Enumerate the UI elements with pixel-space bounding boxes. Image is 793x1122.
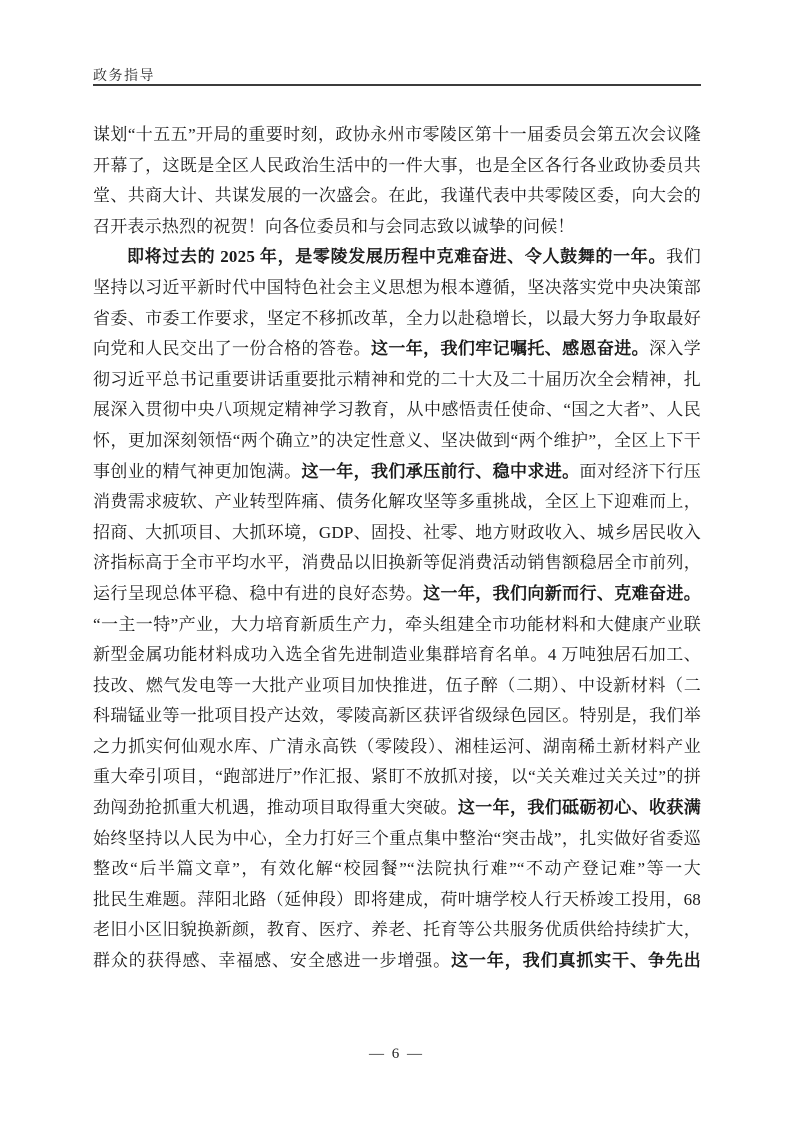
text-line: 技改、燃气发电等一大批产业项目加快推进，伍子醉（二期）、中设新材料（二期）、 xyxy=(93,671,701,702)
text-segment: 群众的获得感、幸福感、安全感进一步增强。 xyxy=(93,951,451,970)
text-line: 运行呈现总体平稳、稳中有进的良好态势。这一年，我们向新而行、克难奋进。锚定 xyxy=(93,579,701,610)
text-line: 向党和人民交出了一份合格的答卷。这一年，我们牢记嘱托、感恩奋进。深入学习贯 xyxy=(93,334,701,365)
text-segment: 重大牵引项目，“跑部进厅”作汇报、紧盯不放抓对接，以“关关难过关关过”的拼 xyxy=(93,767,701,786)
text-line: 展深入贯彻中央八项规定精神学习教育，从中感悟责任使命、“国之大者”、人民情 xyxy=(93,395,701,426)
text-line: 省委、市委工作要求，坚定不移抓改革，全力以赴稳增长，以最大努力争取最好结果， xyxy=(93,304,701,335)
text-segment: 之力抓实何仙观水库、广清永高铁（零陵段）、湘桂运河、湖南稀土新材料产业园等 xyxy=(93,737,701,763)
text-segment: 彻习近平总书记重要讲话重要批示精神和党的二十大及二十届历次全会精神，扎实开 xyxy=(93,370,701,396)
text-segment: 消费需求疲软、产业转型阵痛、债务化解攻坚等多重挑战，全区上下迎难而上，大抓 xyxy=(93,492,701,518)
text-segment-bold: 这一年，我们向新而行、克难奋进。 xyxy=(423,584,701,603)
text-segment: 事创业的精气神更加饱满。 xyxy=(93,462,302,481)
text-line: 批民生难题。萍阳北路（延伸段）即将建成，荷叶塘学校人行天桥竣工投用，68 个 xyxy=(93,885,701,916)
text-segment: 科瑞锰业等一批项目投产达效，零陵高新区获评省级绿色园区。特别是，我们举全区 xyxy=(93,706,701,732)
text-line: 群众的获得感、幸福感、安全感进一步增强。这一年，我们真抓实干、争先出彩。柳 xyxy=(93,946,701,977)
header-rule xyxy=(93,84,701,86)
text-line: 新型金属功能材料成功入选全省先进制造业集群培育名单。4 万吨独居石加工、烟厂 xyxy=(93,640,701,671)
text-segment: 展深入贯彻中央八项规定精神学习教育，从中感悟责任使命、“国之大者”、人民情 xyxy=(93,400,701,426)
header-section-label: 政务指导 xyxy=(93,65,155,85)
text-line: 科瑞锰业等一批项目投产达效，零陵高新区获评省级绿色园区。特别是，我们举全区 xyxy=(93,701,701,732)
text-segment: 劲闯劲抢抓重大机遇，推动项目取得重大突破。 xyxy=(93,798,458,817)
text-segment: 始终坚持以人民为中心，全力打好三个重点集中整治“突击战”，扎实做好省委巡视 xyxy=(93,829,701,855)
text-segment: 老旧小区旧貌换新颜，教育、医疗、养老、托育等公共服务优质供给持续扩大，广大 xyxy=(93,920,701,946)
text-segment: 堂、共商大计、共谋发展的一次盛会。在此，我谨代表中共零陵区委，向大会的胜利 xyxy=(93,186,701,212)
text-segment: 开幕了，这既是全区人民政治生活中的一件大事，也是全区各行各业政协委员共聚一 xyxy=(93,156,701,182)
text-line: 彻习近平总书记重要讲话重要批示精神和党的二十大及二十届历次全会精神，扎实开 xyxy=(93,365,701,396)
text-line: 济指标高于全市平均水平，消费品以旧换新等促消费活动销售额稳居全市前列，经济 xyxy=(93,548,701,579)
text-line: 招商、大抓项目、大抓环境，GDP、固投、社零、地方财政收入、城乡居民收入等经 xyxy=(93,518,701,549)
text-segment: 召开表示热烈的祝贺！向各位委员和与会同志致以诚挚的问候！ xyxy=(93,217,575,236)
document-lines: 谋划“十五五”开局的重要时刻，政协永州市零陵区第十一届委员会第五次会议隆重开幕了… xyxy=(93,120,701,977)
text-line: 消费需求疲软、产业转型阵痛、债务化解攻坚等多重挑战，全区上下迎难而上，大抓 xyxy=(93,487,701,518)
text-segment: 谋划“十五五”开局的重要时刻，政协永州市零陵区第十一届委员会第五次会议隆重 xyxy=(93,125,701,151)
text-line: 整改“后半篇文章”，有效化解“校园餐”“法院执行难”“不动产登记难”等一大 xyxy=(93,854,701,885)
text-line: 事创业的精气神更加饱满。这一年，我们承压前行、稳中求进。面对经济下行压力、 xyxy=(93,457,701,488)
page-number: — 6 — xyxy=(0,1046,793,1063)
text-line: 谋划“十五五”开局的重要时刻，政协永州市零陵区第十一届委员会第五次会议隆重 xyxy=(93,120,701,151)
text-line: 始终坚持以人民为中心，全力打好三个重点集中整治“突击战”，扎实做好省委巡视 xyxy=(93,824,701,855)
text-line: 坚持以习近平新时代中国特色社会主义思想为根本遵循，坚决落实党中央决策部署和 xyxy=(93,273,701,304)
text-segment: 坚持以习近平新时代中国特色社会主义思想为根本遵循，坚决落实党中央决策部署和 xyxy=(93,278,701,304)
text-segment: “一主一特”产业，大力培育新质生产力，牵头组建全市功能材料和大健康产业联盟， xyxy=(93,615,701,641)
text-segment: 招商、大抓项目、大抓环境，GDP、固投、社零、地方财政收入、城乡居民收入等经 xyxy=(93,523,701,549)
text-segment: 新型金属功能材料成功入选全省先进制造业集群培育名单。4 万吨独居石加工、烟厂 xyxy=(93,645,701,671)
text-line: 重大牵引项目，“跑部进厅”作汇报、紧盯不放抓对接，以“关关难过关关过”的拼 xyxy=(93,762,701,793)
text-segment-bold: 这一年，我们承压前行、稳中求进。 xyxy=(302,462,580,481)
text-line: 堂、共商大计、共谋发展的一次盛会。在此，我谨代表中共零陵区委，向大会的胜利 xyxy=(93,181,701,212)
text-line: 开幕了，这既是全区人民政治生活中的一件大事，也是全区各行各业政协委员共聚一 xyxy=(93,151,701,182)
text-segment: 省委、市委工作要求，坚定不移抓改革，全力以赴稳增长，以最大努力争取最好结果， xyxy=(93,309,701,335)
text-line: 召开表示热烈的祝贺！向各位委员和与会同志致以诚挚的问候！ xyxy=(93,212,701,243)
text-line: 怀，更加深刻领悟“两个确立”的决定性意义、坚决做到“两个维护”，全区上下干 xyxy=(93,426,701,457)
text-line: 即将过去的 2025 年，是零陵发展历程中克难奋进、令人鼓舞的一年。我们始终 xyxy=(93,242,701,273)
text-segment: 济指标高于全市平均水平，消费品以旧换新等促消费活动销售额稳居全市前列，经济 xyxy=(93,553,701,579)
text-segment: 运行呈现总体平稳、稳中有进的良好态势。 xyxy=(93,584,423,603)
text-segment: 怀，更加深刻领悟“两个确立”的决定性意义、坚决做到“两个维护”，全区上下干 xyxy=(93,431,701,450)
document-page: 政务指导 谋划“十五五”开局的重要时刻，政协永州市零陵区第十一届委员会第五次会议… xyxy=(0,0,793,1122)
text-line: “一主一特”产业，大力培育新质生产力，牵头组建全市功能材料和大健康产业联盟， xyxy=(93,610,701,641)
text-segment-bold: 即将过去的 2025 年，是零陵发展历程中克难奋进、令人鼓舞的一年。 xyxy=(127,247,666,266)
text-segment: 批民生难题。萍阳北路（延伸段）即将建成，荷叶塘学校人行天桥竣工投用，68 个 xyxy=(93,890,701,916)
text-segment: 整改“后半篇文章”，有效化解“校园餐”“法院执行难”“不动产登记难”等一大 xyxy=(93,859,701,878)
text-line: 之力抓实何仙观水库、广清永高铁（零陵段）、湘桂运河、湖南稀土新材料产业园等 xyxy=(93,732,701,763)
text-line: 劲闯劲抢抓重大机遇，推动项目取得重大突破。这一年，我们砥砺初心、收获满满。 xyxy=(93,793,701,824)
text-line: 老旧小区旧貌换新颜，教育、医疗、养老、托育等公共服务优质供给持续扩大，广大 xyxy=(93,915,701,946)
text-segment: 向党和人民交出了一份合格的答卷。 xyxy=(93,339,371,358)
text-segment: 技改、燃气发电等一大批产业项目加快推进，伍子醉（二期）、中设新材料（二期）、 xyxy=(93,676,701,702)
text-segment-bold: 这一年，我们牢记嘱托、感恩奋进。 xyxy=(371,339,649,358)
